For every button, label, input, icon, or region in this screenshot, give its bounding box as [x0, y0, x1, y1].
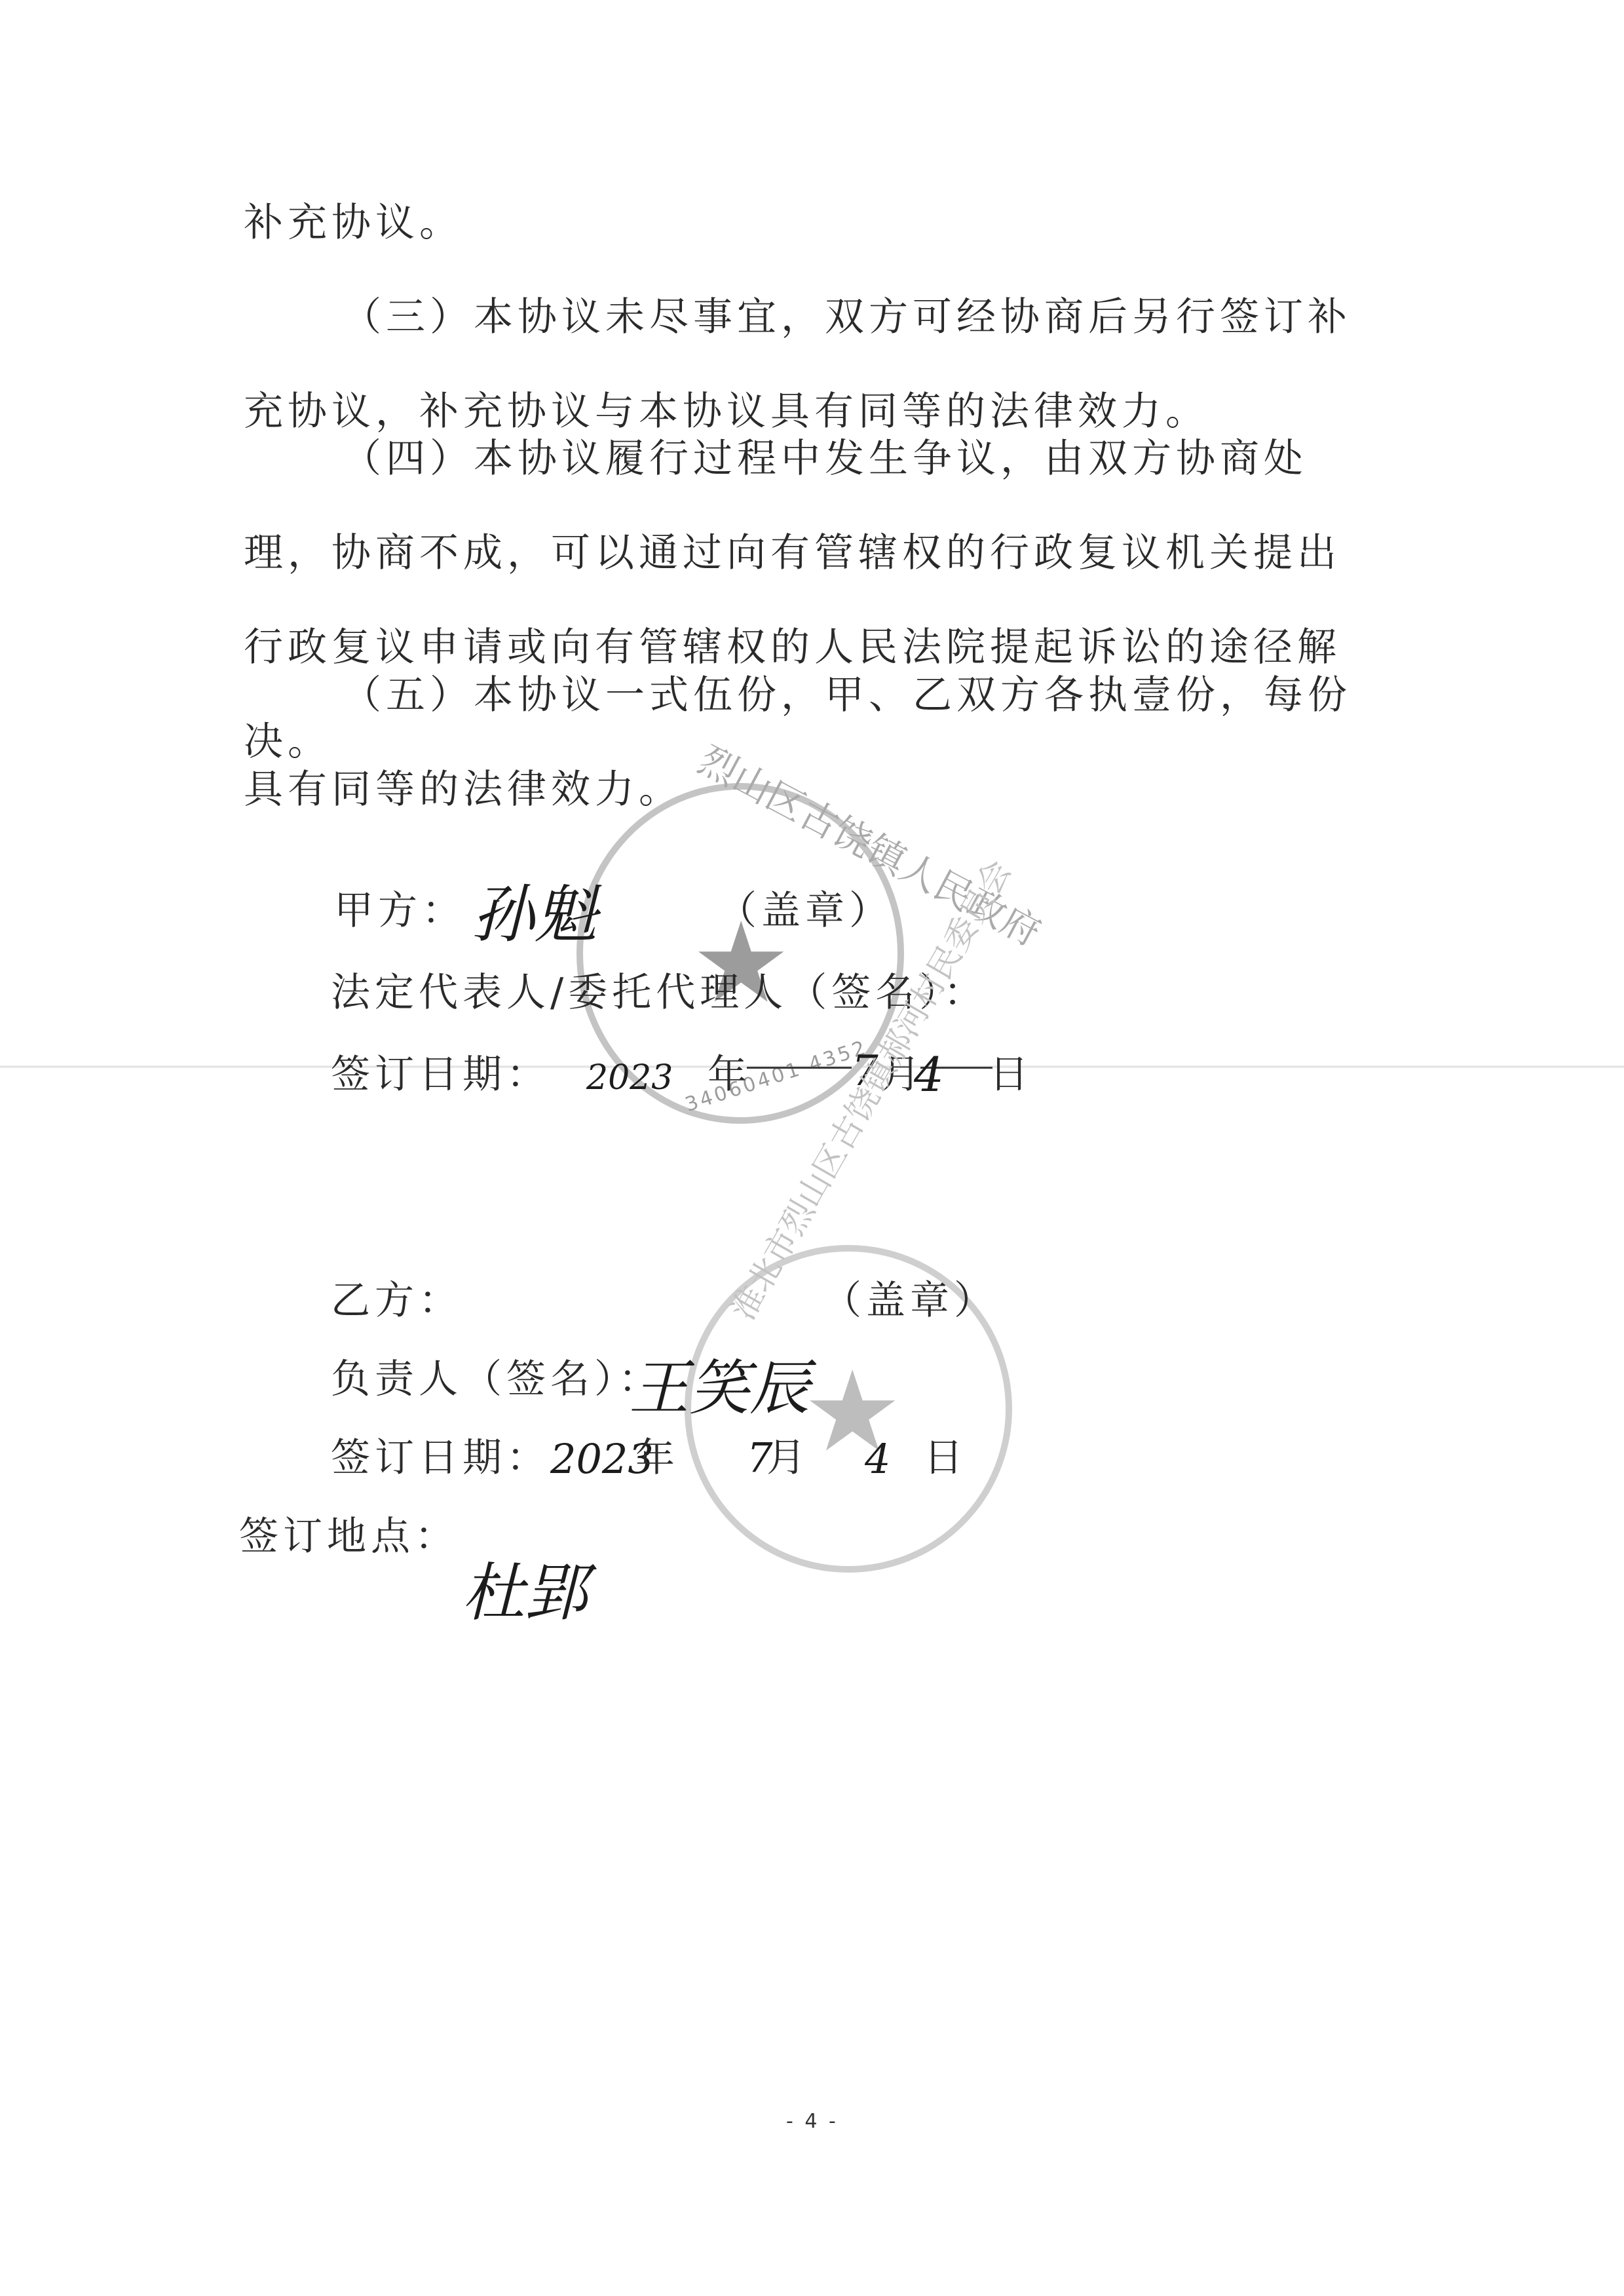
date-underline [747, 1067, 852, 1069]
party-b-date-day: 4 [865, 1435, 890, 1483]
party-b-leader-signature: 王笑辰 [629, 1340, 810, 1426]
party-a-day-label: 日 [989, 1048, 1033, 1101]
party-b-day-label: 日 [924, 1432, 968, 1484]
party-b-seal-label: （盖章） [822, 1274, 998, 1327]
page-number: - 4 - [786, 2110, 839, 2133]
party-a-date-day: 4 [914, 1047, 944, 1102]
party-a-signature: 孙魁 [472, 865, 597, 955]
party-a-date-label: 签订日期： [331, 1048, 550, 1101]
signing-place-handwritten: 杜郢 [462, 1543, 588, 1633]
party-b-year-label: 年 [635, 1432, 679, 1484]
signing-place-label: 签订地点： [239, 1510, 459, 1563]
party-b-date-label: 签订日期： [331, 1432, 550, 1484]
party-b-label: 乙方： [331, 1274, 463, 1327]
party-a-seal-label: （盖章） [717, 885, 893, 937]
paragraph-continuation: 补充协议。 [244, 176, 1384, 270]
party-a-label: 甲方： [334, 885, 466, 937]
party-b-month-label: 月 [766, 1432, 810, 1484]
party-b-leader-label: 负责人（签名）： [331, 1353, 662, 1406]
party-a-year-label: 年 [708, 1048, 751, 1101]
party-a-date-year: 2023 [586, 1058, 673, 1098]
